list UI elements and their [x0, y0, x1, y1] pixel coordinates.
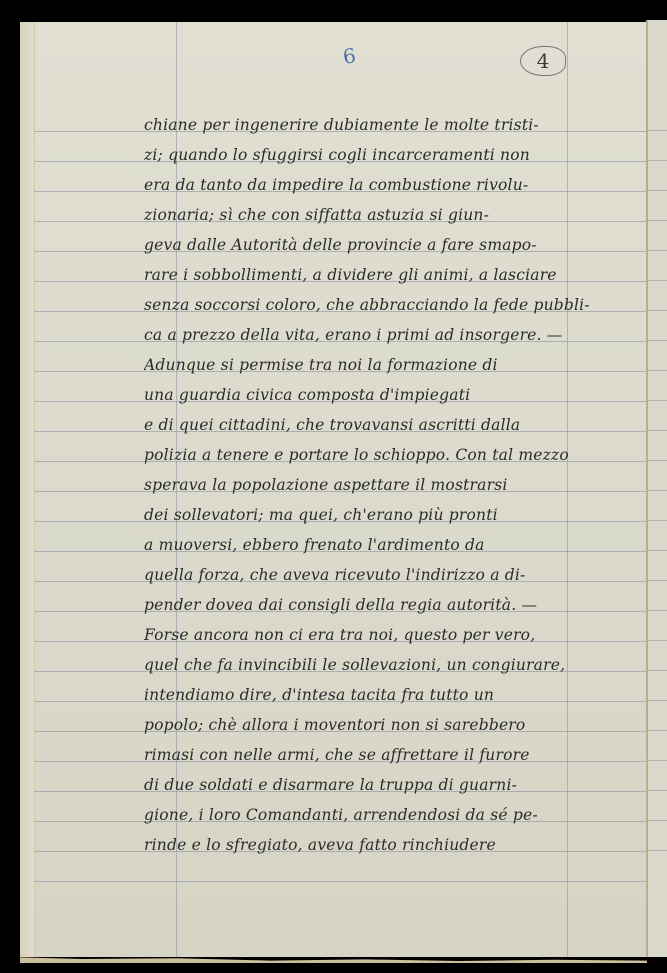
manuscript-line: era da tanto da impedire la combustione …: [144, 170, 594, 200]
manuscript-line: ca a prezzo della vita, erano i primi ad…: [144, 320, 594, 350]
manuscript-line: Forse ancora non ci era tra noi, questo …: [144, 620, 594, 650]
manuscript-line: zionaria; sì che con siffatta astuzia si…: [144, 200, 594, 230]
ruled-line: [648, 520, 667, 521]
ruled-line: [648, 580, 667, 581]
manuscript-line: sperava la popolazione aspettare il most…: [144, 470, 594, 500]
page-left-edge: [20, 22, 35, 957]
manuscript-line: rare i sobbollimenti, a dividere gli ani…: [144, 260, 594, 290]
ruled-line: [648, 250, 667, 251]
pencil-annotation: 6: [341, 43, 357, 69]
manuscript-line: rimasi con nelle armi, che se affrettare…: [144, 740, 594, 770]
manuscript-line: Adunque si permise tra noi la formazione…: [144, 350, 594, 380]
manuscript-line: di due soldati e disarmare la truppa di …: [144, 770, 594, 800]
manuscript-line: e di quei cittadini, che trovavansi ascr…: [144, 410, 594, 440]
ruled-line: [648, 160, 667, 161]
manuscript-line: quel che fa invincibili le sollevazioni,…: [144, 650, 594, 680]
ruled-line: [648, 460, 667, 461]
manuscript-line: a muoversi, ebbero frenato l'ardimento d…: [144, 530, 594, 560]
manuscript-line: popolo; chè allora i moventori non si sa…: [144, 710, 594, 740]
ruled-line: [34, 881, 646, 882]
ruled-line: [648, 760, 667, 761]
manuscript-line: polizia a tenere e portare lo schioppo. …: [144, 440, 594, 470]
page-torn-bottom-edge: [20, 955, 647, 963]
manuscript-line: una guardia civica composta d'impiegati: [144, 380, 594, 410]
ruled-line: [648, 850, 667, 851]
manuscript-scan: 6 4 chiane per ingenerire dubiamente le …: [0, 0, 667, 973]
ruled-line: [648, 340, 667, 341]
manuscript-line: rinde e lo sfregiato, aveva fatto rinchi…: [144, 830, 594, 860]
manuscript-line: geva dalle Autorità delle provincie a fa…: [144, 230, 594, 260]
ruled-line: [648, 610, 667, 611]
manuscript-line: dei sollevatori; ma quei, ch'erano più p…: [144, 500, 594, 530]
ruled-line: [648, 790, 667, 791]
manuscript-line: gione, i loro Comandanti, arrendendosi d…: [144, 800, 594, 830]
ruled-line: [648, 370, 667, 371]
facing-page-edge: [646, 20, 667, 957]
ruled-line: [648, 700, 667, 701]
manuscript-line: zi; quando lo sfuggirsi cogli incarceram…: [144, 140, 594, 170]
ruled-line: [648, 220, 667, 221]
manuscript-line: senza soccorsi coloro, che abbracciando …: [144, 290, 594, 320]
manuscript-line: intendiamo dire, d'intesa tacita fra tut…: [144, 680, 594, 710]
ruled-line: [648, 190, 667, 191]
manuscript-line: chiane per ingenerire dubiamente le molt…: [144, 110, 594, 140]
ruled-line: [648, 670, 667, 671]
ruled-line: [648, 640, 667, 641]
folio-number: 4: [520, 46, 566, 76]
manuscript-line: pender dovea dai consigli della regia au…: [144, 590, 594, 620]
manuscript-line: quella forza, che aveva ricevuto l'indir…: [144, 560, 594, 590]
ruled-line: [648, 730, 667, 731]
ruled-line: [648, 820, 667, 821]
ruled-line: [648, 550, 667, 551]
ruled-line: [648, 310, 667, 311]
ruled-line: [648, 490, 667, 491]
ruled-line: [648, 430, 667, 431]
ruled-line: [648, 280, 667, 281]
ruled-line: [648, 400, 667, 401]
manuscript-page: 6 4 chiane per ingenerire dubiamente le …: [20, 22, 647, 957]
ruled-line: [648, 130, 667, 131]
